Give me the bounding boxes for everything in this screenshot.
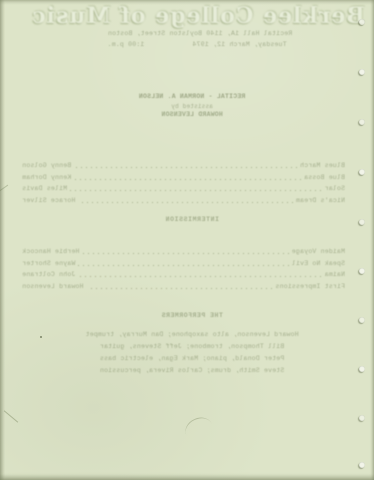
piece-title: First Impressions — [275, 284, 345, 291]
program-row: Blue BossaKenny Dorham — [22, 170, 345, 182]
ink-speck — [40, 336, 42, 338]
dotted-leader — [78, 276, 321, 277]
dotted-leader — [78, 202, 292, 203]
binding-hole — [359, 366, 365, 372]
venue-line: Recital Hall 1A, 1140 Boylston Street, B… — [13, 31, 374, 38]
dotted-leader — [82, 253, 288, 254]
program-row: First ImpressionsHoward Levenson — [22, 279, 345, 291]
binding-hole — [359, 415, 365, 421]
piece-title: Nica's Dream — [296, 198, 345, 205]
program-row: Speak No EvilWayne Shorter — [22, 256, 345, 268]
binding-hole — [359, 317, 365, 323]
dotted-leader — [74, 167, 297, 168]
program-row: NaimaJohn Coltrane — [22, 267, 345, 279]
performers-heading: THE PERFORMERS — [5, 313, 374, 320]
binding-hole — [359, 119, 365, 125]
intermission-heading: INTERMISSION — [5, 217, 374, 224]
dotted-leader — [87, 288, 273, 289]
program-row: Maiden VoyageHerbie Hancock — [22, 244, 345, 256]
binding-hole — [359, 462, 365, 468]
program-list-1: Blues MarchBenny Golson Blue BossaKenny … — [22, 158, 345, 204]
dotted-leader — [78, 265, 288, 266]
program-row: SolarMiles Davis — [22, 181, 345, 193]
recital-subtitle-line: assisted by — [5, 104, 374, 110]
recital-title-line: RECITAL - NORMAN A. NELSON — [5, 94, 374, 101]
program-row: Nica's DreamHorace Silver — [22, 193, 345, 205]
binding-hole — [359, 69, 365, 75]
date-line: Tuesday, March 12, 19741:00 p.m. — [10, 42, 374, 49]
performers-line: Howard Levenson, alto saxophone; Dan Mur… — [5, 332, 374, 339]
recital-performer-name: HOWARD LEVENSON — [5, 112, 374, 119]
bleed-through-layer: Berklee College of Music Recital Hall 1A… — [0, 0, 374, 480]
piece-credit: Howard Levenson — [22, 284, 84, 291]
binding-hole — [359, 169, 365, 175]
program-row: Blues MarchBenny Golson — [22, 158, 345, 170]
scanned-program-page: Berklee College of Music Recital Hall 1A… — [0, 0, 374, 480]
binding-hole — [359, 219, 365, 225]
performers-line: Peter Donald, piano; Mark Egan, electric… — [5, 356, 374, 363]
time-text: 1:00 p.m. — [107, 41, 144, 48]
binding-hole — [359, 268, 365, 274]
binding-hole — [359, 19, 365, 25]
performers-line: Bill Thompson, trombone; Jeff Stevens, g… — [5, 344, 374, 351]
dotted-leader — [74, 179, 301, 180]
performers-line: Steve Smith, drums; Carlos Rivera, percu… — [5, 368, 374, 375]
program-list-2: Maiden VoyageHerbie Hancock Speak No Evi… — [22, 244, 345, 290]
piece-credit: Horace Silver — [22, 198, 75, 205]
dotted-leader — [70, 190, 321, 191]
school-name-ghost: Berklee College of Music — [11, 5, 374, 27]
date-text: Tuesday, March 12, 1974 — [192, 41, 286, 48]
